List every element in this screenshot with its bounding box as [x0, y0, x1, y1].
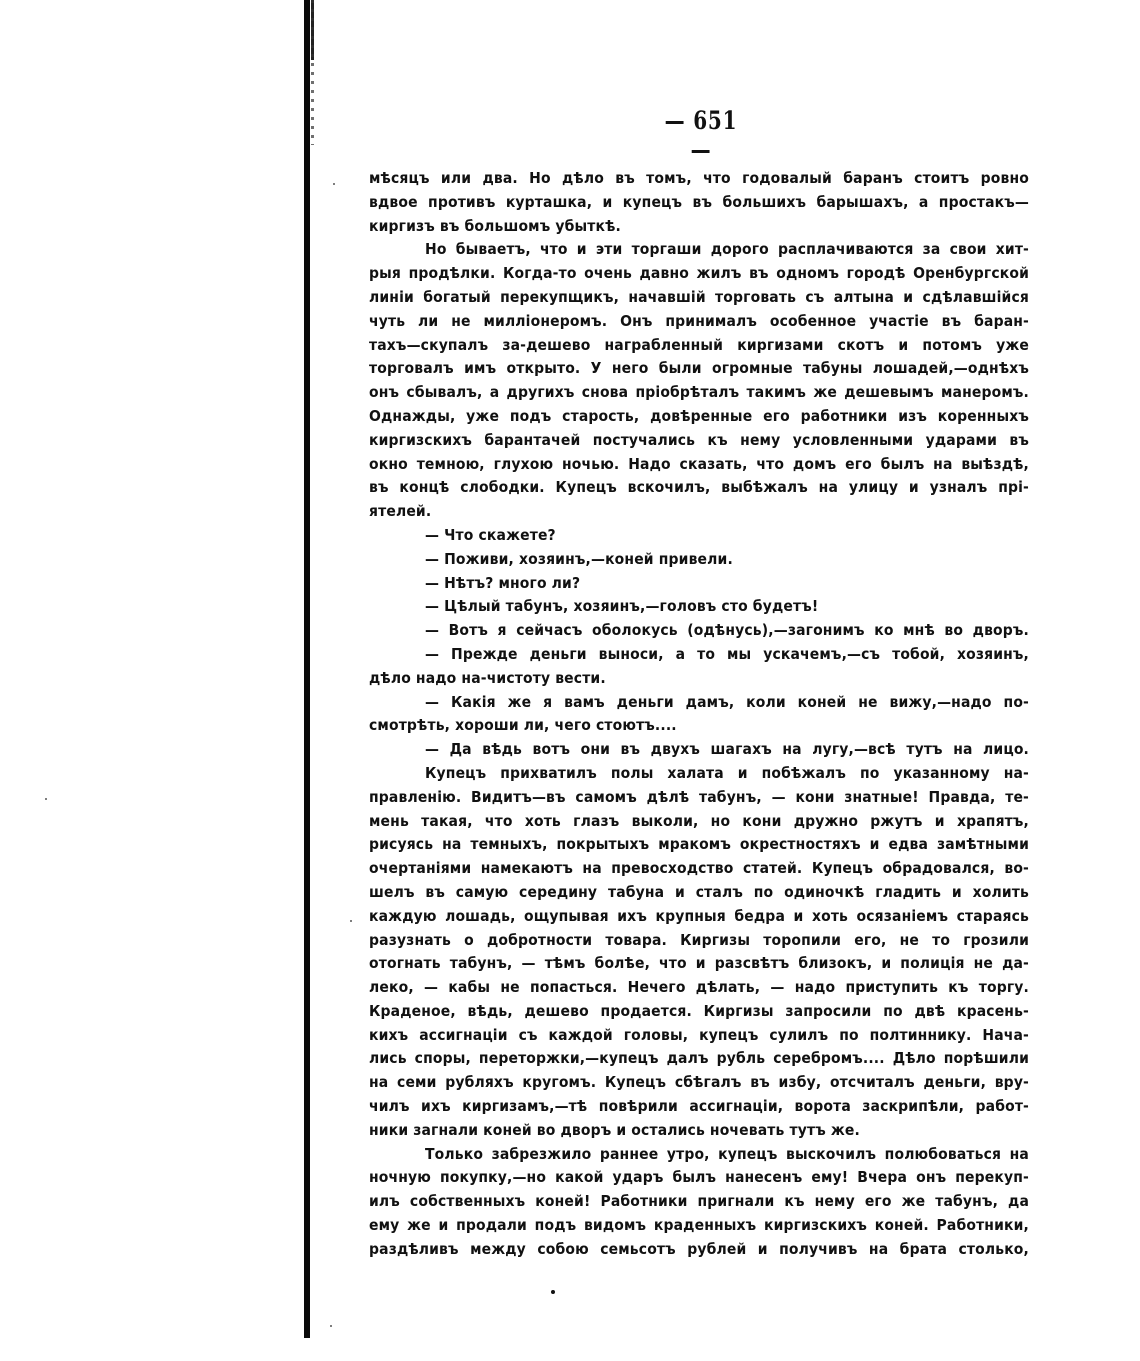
text-line: рисуясь на темныхъ, покрытыхъ мракомъ ок…	[369, 833, 1029, 857]
text-line: рыя продѣлки. Когда-то очень давно жилъ …	[369, 262, 1029, 286]
dialogue-line: — Поживи, хозяинъ,—коней привели.	[369, 548, 1029, 572]
dialogue-line: — Какія же я вамъ деньги дамъ, коли коне…	[369, 691, 1029, 715]
gutter-scan-dots	[311, 0, 314, 145]
text-line: киргизскихъ барантачей постучались къ не…	[369, 429, 1029, 453]
text-line: мѣсяцъ или два. Но дѣло въ томъ, что год…	[369, 167, 1029, 191]
text-line: ночную покупку,—но какой ударъ былъ нане…	[369, 1166, 1029, 1190]
scan-speck	[350, 920, 352, 922]
text-line: ему же и продали подъ видомъ краденныхъ …	[369, 1214, 1029, 1238]
text-line: ятелей.	[369, 500, 1029, 524]
text-line: шелъ въ самую середину табуна и сталъ по…	[369, 881, 1029, 905]
text-line: леко, — кабы не попасться. Нечего дѣлать…	[369, 976, 1029, 1000]
dialogue-line: — Прежде деньги выноси, а то мы ускачемъ…	[369, 643, 1029, 667]
binding-edge-rule	[304, 0, 310, 1338]
text-line: линіи богатый перекупщикъ, начавшій торг…	[369, 286, 1029, 310]
dialogue-line: — Цѣлый табунъ, хозяинъ,—головъ сто буде…	[369, 595, 1029, 619]
text-line: дѣло надо на-чистоту вести.	[369, 667, 1029, 691]
text-line: правленію. Видитъ—въ самомъ дѣлѣ табунъ,…	[369, 786, 1029, 810]
text-line: на семи рубляхъ кругомъ. Купецъ сбѣгалъ …	[369, 1071, 1029, 1095]
text-line: отогнать табунъ, — тѣмъ болѣе, что и раз…	[369, 952, 1029, 976]
text-line: лись споры, переторжки,—купецъ далъ рубл…	[369, 1047, 1029, 1071]
text-line: разузнать о добротности товара. Киргизы …	[369, 929, 1029, 953]
text-line: мень такая, что хоть глазъ выколи, но ко…	[369, 810, 1029, 834]
text-line: киргизъ въ большомъ убыткѣ.	[369, 215, 1029, 239]
paragraph-start-line: Но бываетъ, что и эти торгаши дорого рас…	[369, 238, 1029, 262]
text-line: ники загнали коней во дворъ и остались н…	[369, 1119, 1029, 1143]
text-line: раздѣливъ между собою семьсотъ рублей и …	[369, 1238, 1029, 1262]
text-line: очертаніями намекаютъ на превосходство с…	[369, 857, 1029, 881]
text-line: тахъ—скупалъ за-дешево награбленный кирг…	[369, 334, 1029, 358]
text-line: каждую лошадь, ощупывая ихъ крупныя бедр…	[369, 905, 1029, 929]
text-line: илъ собственныхъ коней! Работники пригна…	[369, 1190, 1029, 1214]
dialogue-line: — Вотъ я сейчасъ оболокусь (одѣнусь),—за…	[369, 619, 1029, 643]
paragraph-start-line: Купецъ прихватилъ полы халата и побѣжалъ…	[369, 762, 1029, 786]
body-text: мѣсяцъ или два. Но дѣло въ томъ, что год…	[369, 167, 1029, 1262]
text-line: чилъ ихъ киргизамъ,—тѣ повѣрили ассигнац…	[369, 1095, 1029, 1119]
page-number: — 651 —	[652, 106, 750, 164]
text-line: вдвое противъ курташка, и купецъ въ боль…	[369, 191, 1029, 215]
text-line: смотрѣть, хороши ли, чего стоютъ....	[369, 714, 1029, 738]
dialogue-line: — Нѣтъ? много ли?	[369, 572, 1029, 596]
text-line: въ концѣ слободки. Купецъ вскочилъ, выбѣ…	[369, 476, 1029, 500]
dialogue-line: — Что скажете?	[369, 524, 1029, 548]
text-line: онъ сбывалъ, а другихъ снова пріобрѣталъ…	[369, 381, 1029, 405]
text-line: чуть ли не милліонеромъ. Онъ принималъ о…	[369, 310, 1029, 334]
text-line: Краденое, вѣдь, дешево продается. Киргиз…	[369, 1000, 1029, 1024]
scan-speck	[45, 798, 47, 800]
scanned-book-page: — 651 — мѣсяцъ или два. Но дѣло въ томъ,…	[0, 0, 1140, 1361]
scan-speck	[333, 183, 335, 185]
paragraph-start-line: Только забрезжило раннее утро, купецъ вы…	[369, 1143, 1029, 1167]
scan-ink-dot	[551, 1290, 555, 1294]
text-line: кихъ ассигнаціи съ каждой головы, купецъ…	[369, 1024, 1029, 1048]
text-line: окно темною, глухою ночью. Надо сказать,…	[369, 453, 1029, 477]
dialogue-line: — Да вѣдь вотъ они въ двухъ шагахъ на лу…	[369, 738, 1029, 762]
text-line: Однажды, уже подъ старость, довѣренные е…	[369, 405, 1029, 429]
text-line: торговалъ имъ открыто. У него были огром…	[369, 357, 1029, 381]
scan-speck	[330, 1325, 332, 1327]
